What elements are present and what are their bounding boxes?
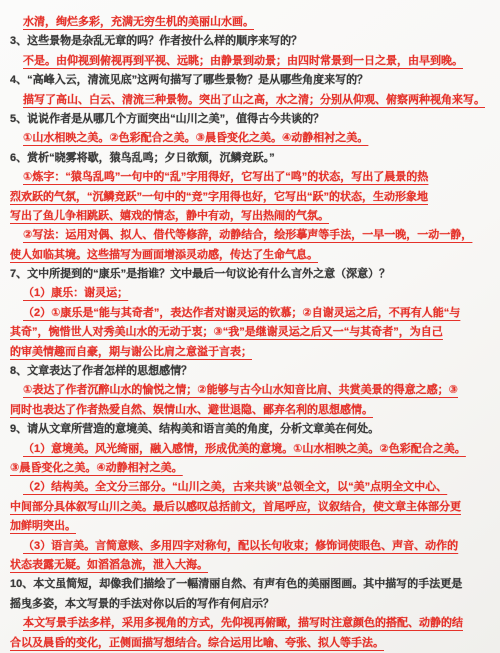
answer-line: ③晨昏变化之美。④动静相衬之美。 xyxy=(10,459,490,478)
answer-line: （2）结构美。全文分三部分。“山川之美，古来共谈”总领全文，以“美”点明全文中心… xyxy=(10,478,490,497)
question-line: 4、“高峰入云，清流见底”这两句描写了哪些景物？是从哪些角度来写的？ xyxy=(10,71,490,90)
question-line: 7、文中所提到的“康乐”是指谁？文中最后一句议论有什么言外之意（深意）？ xyxy=(10,265,490,284)
text-lines-container: 水清，绚烂多彩，充满无穷生机的美丽山水画。3、这些景物是杂乱无章的吗？作者按什么… xyxy=(10,13,490,653)
answer-line: 写出了鱼儿争相跳跃、嬉戏的情态，静中有动，写出热闹的气氛。 xyxy=(10,207,490,226)
answer-line: 加鲜明突出。 xyxy=(10,517,490,536)
answer-line: 使人如临其境。这些描写为画面增添灵动感，传达了生命气息。 xyxy=(10,246,490,265)
answer-line: 状态表露无疑。如滔滔急流，泄入大海。 xyxy=(10,556,490,575)
answer-line: 描写了高山、白云、清流三种景物。突出了山之高，水之清；分别从仰观、俯察两种视角来… xyxy=(10,91,490,110)
answer-line: 其奇”，惋惜世人对秀美山水的无动于衷；③“我”是继谢灵运之后又一“与其奇者”，为… xyxy=(10,323,490,342)
answer-line: ②写法：运用对偶、拟人、借代等修辞，动静结合，绘形摹声等手法，一早一晚，一动一静… xyxy=(10,226,490,245)
answer-line: 本文写景手法多样，采用多视角的方式，先仰视再俯瞰，描写时注意颜色的搭配、动静的结 xyxy=(10,614,490,633)
question-line: 6、赏析“晓雾将歇，猿鸟乱鸣；夕日欲颓，沉鳞竞跃。” xyxy=(10,149,490,168)
answer-line: 中间部分具体叙写山川之美。最后以感叹总括前文，首尾呼应，议叙结合，使文章主体部分… xyxy=(10,498,490,517)
question-line: 3、这些景物是杂乱无章的吗？作者按什么样的顺序来写的？ xyxy=(10,32,490,51)
question-line: 摇曳多姿，本文写景的手法对你以后的写作有何启示？ xyxy=(10,595,490,614)
answer-line: （1）康乐：谢灵运； xyxy=(10,284,490,303)
answer-line: 不是。由仰视到俯视再到平视、远眺；由静景到动景；由四时常景到一日之景，由早到晚。 xyxy=(10,52,490,71)
answer-line: ①山水相映之美。②色彩配合之美。③晨昏变化之美。④动静相衬之美。 xyxy=(10,129,490,148)
question-line: 8、文章表达了作者怎样的思想感情？ xyxy=(10,362,490,381)
answer-line: 烈欢跃的气氛，“沉鳞竞跃”一句中的“竞”字用得也好，它写出“跃”的状态，生动形象… xyxy=(10,188,490,207)
answer-line: 合以及晨昏的变化，正侧面描写想结合。综合运用比喻、夸张、拟人等手法。 xyxy=(10,634,490,653)
answer-line: 的审美情趣而自豪，期与谢公比肩之意溢于言表； xyxy=(10,343,490,362)
answer-line: ①炼字：“猿鸟乱鸣”一句中的“乱”字用得好，它写出了“鸣”的状态，写出了晨景的热 xyxy=(10,168,490,187)
answer-line: 水清，绚烂多彩，充满无穷生机的美丽山水画。 xyxy=(10,13,490,32)
question-line: 9、请从文章所营造的意境美、结构美和语言美的角度，分析文章美在何处。 xyxy=(10,420,490,439)
question-line: 5、说说作者是从哪几个方面突出“山川之美”，值得古今共谈的？ xyxy=(10,110,490,129)
answer-line: 同时也表达了作者热爱自然、娱情山水、避世退隐、鄙弃名利的思想感情。 xyxy=(10,401,490,420)
question-line: 10、本文虽简短，却像我们描绘了一幅清丽自然、有声有色的美丽图画。其中描写的手法… xyxy=(10,575,490,594)
document-page: 水清，绚烂多彩，充满无穷生机的美丽山水画。3、这些景物是杂乱无章的吗？作者按什么… xyxy=(0,0,500,653)
answer-line: （2）①康乐是“能与其奇者”，表达作者对谢灵运的钦慕；②自谢灵运之后，不再有人能… xyxy=(10,304,490,323)
answer-line: ①表达了作者沉醉山水的愉悦之情；②能够与古今山水知音比肩、共赏美景的得意之感；③ xyxy=(10,381,490,400)
answer-line: （1）意境美。风光绮丽，融入感情，形成优美的意境。①山水相映之美。②色彩配合之美… xyxy=(10,440,490,459)
answer-line: （3）语言美。言简意赅、多用四字对称句，配以长句收束；修饰词使眼色、声音、动作的 xyxy=(10,537,490,556)
